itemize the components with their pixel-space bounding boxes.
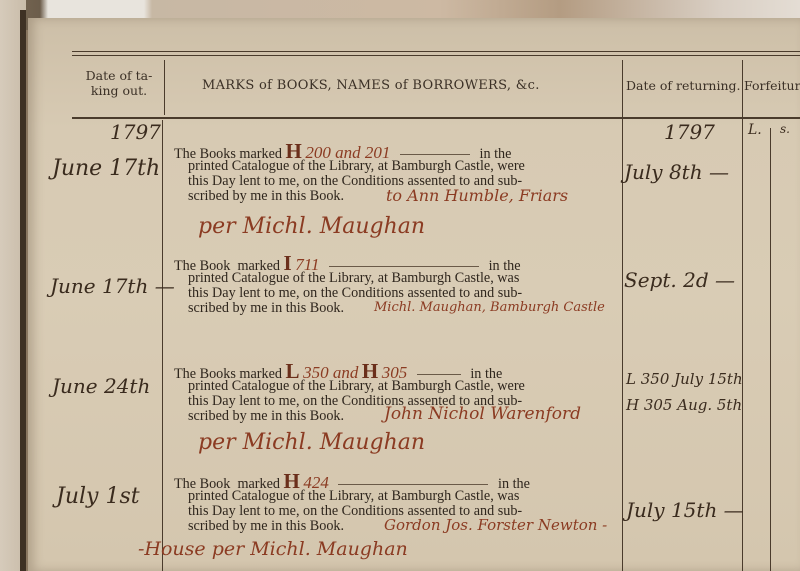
book-spine bbox=[20, 10, 26, 571]
blank-line bbox=[400, 154, 470, 155]
entry-signature: per Michl. Maughan bbox=[198, 214, 425, 239]
header-rule bbox=[72, 117, 800, 119]
year-return: 1797 bbox=[664, 120, 715, 144]
ledger-page: Date of ta- king out. MARKS of BOOKS, NA… bbox=[28, 18, 800, 571]
column-divider-return bbox=[742, 60, 743, 571]
entry-date-return: July 15th — bbox=[626, 498, 744, 522]
entry-borrower: Gordon Jos. Forster Newton - bbox=[384, 516, 607, 534]
entry-date-return: L 350 July 15th bbox=[626, 370, 743, 388]
entry-signature: -House per Michl. Maughan bbox=[138, 538, 408, 560]
entry-line-4: scribed by me in this Book. bbox=[188, 189, 344, 204]
entry-borrower: to Ann Humble, Friars bbox=[386, 186, 568, 205]
entry-line-2: printed Catalogue of the Library, at Bam… bbox=[188, 379, 525, 394]
header-date-out: Date of ta- king out. bbox=[76, 68, 162, 98]
entry-line-4: scribed by me in this Book. bbox=[188, 409, 344, 424]
entry-date-return-2: H 305 Aug. 5th bbox=[626, 396, 742, 414]
entry-line-2: printed Catalogue of the Library, at Bam… bbox=[188, 489, 519, 504]
entry-signature: per Michl. Maughan bbox=[198, 430, 425, 455]
entry-borrower: John Nichol Warenford bbox=[384, 404, 581, 424]
entry-date-return: July 8th — bbox=[624, 160, 729, 184]
column-divider-forfeit bbox=[770, 128, 771, 571]
header-divider-1 bbox=[164, 60, 165, 115]
blank-line bbox=[417, 374, 461, 375]
header-forfeiture: Forfeitur bbox=[744, 78, 800, 93]
entry-line-2: printed Catalogue of the Library, at Bam… bbox=[188, 159, 525, 174]
header-date-return: Date of returning. bbox=[626, 78, 741, 93]
blank-line bbox=[338, 484, 488, 485]
entry-borrower: Michl. Maughan, Bamburgh Castle bbox=[374, 300, 605, 315]
entry-line-2: printed Catalogue of the Library, at Bam… bbox=[188, 271, 519, 286]
header-marks: MARKS of BOOKS, NAMES of BORROWERS, &c. bbox=[202, 78, 540, 93]
top-rule bbox=[72, 51, 800, 52]
entry-date-out: June 17th bbox=[52, 156, 160, 181]
entry-line-4: scribed by me in this Book. bbox=[188, 301, 344, 316]
top-rule-2 bbox=[72, 55, 800, 56]
blank-line bbox=[329, 266, 479, 267]
currency-pounds: L. bbox=[748, 122, 762, 138]
entry-date-out: June 17th — bbox=[50, 274, 175, 298]
currency-shillings: s. bbox=[780, 122, 790, 136]
column-divider-date bbox=[162, 120, 163, 571]
entry-date-out: June 24th bbox=[52, 374, 150, 398]
entry-date-return: Sept. 2d — bbox=[624, 268, 735, 292]
entry-line-4: scribed by me in this Book. bbox=[188, 519, 344, 534]
column-divider-marks bbox=[622, 60, 623, 571]
entry-date-out: July 1st bbox=[56, 484, 140, 509]
entry-line-3: this Day lent to me, on the Conditions a… bbox=[188, 286, 522, 301]
year-out: 1797 bbox=[110, 120, 161, 144]
